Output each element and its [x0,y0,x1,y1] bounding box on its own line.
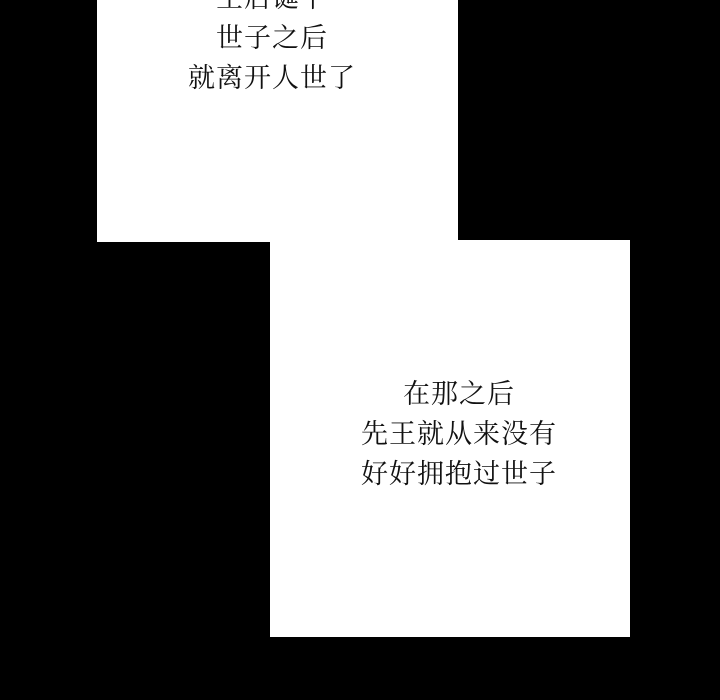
speech-caption-2: 在那之后 先王就从来没有 好好拥抱过世子 [270,375,648,495]
caption-line: 王后诞下 [97,0,447,19]
caption-line: 就离开人世了 [97,59,447,99]
caption-line: 世子之后 [97,19,447,59]
caption-line: 先王就从来没有 [270,415,648,455]
caption-line: 好好拥抱过世子 [270,455,648,495]
caption-line: 在那之后 [270,375,648,415]
comic-panel-1: 王后诞下 世子之后 就离开人世了 [97,0,458,242]
comic-panel-2: 在那之后 先王就从来没有 好好拥抱过世子 [270,240,630,637]
speech-caption-1: 王后诞下 世子之后 就离开人世了 [97,0,447,99]
